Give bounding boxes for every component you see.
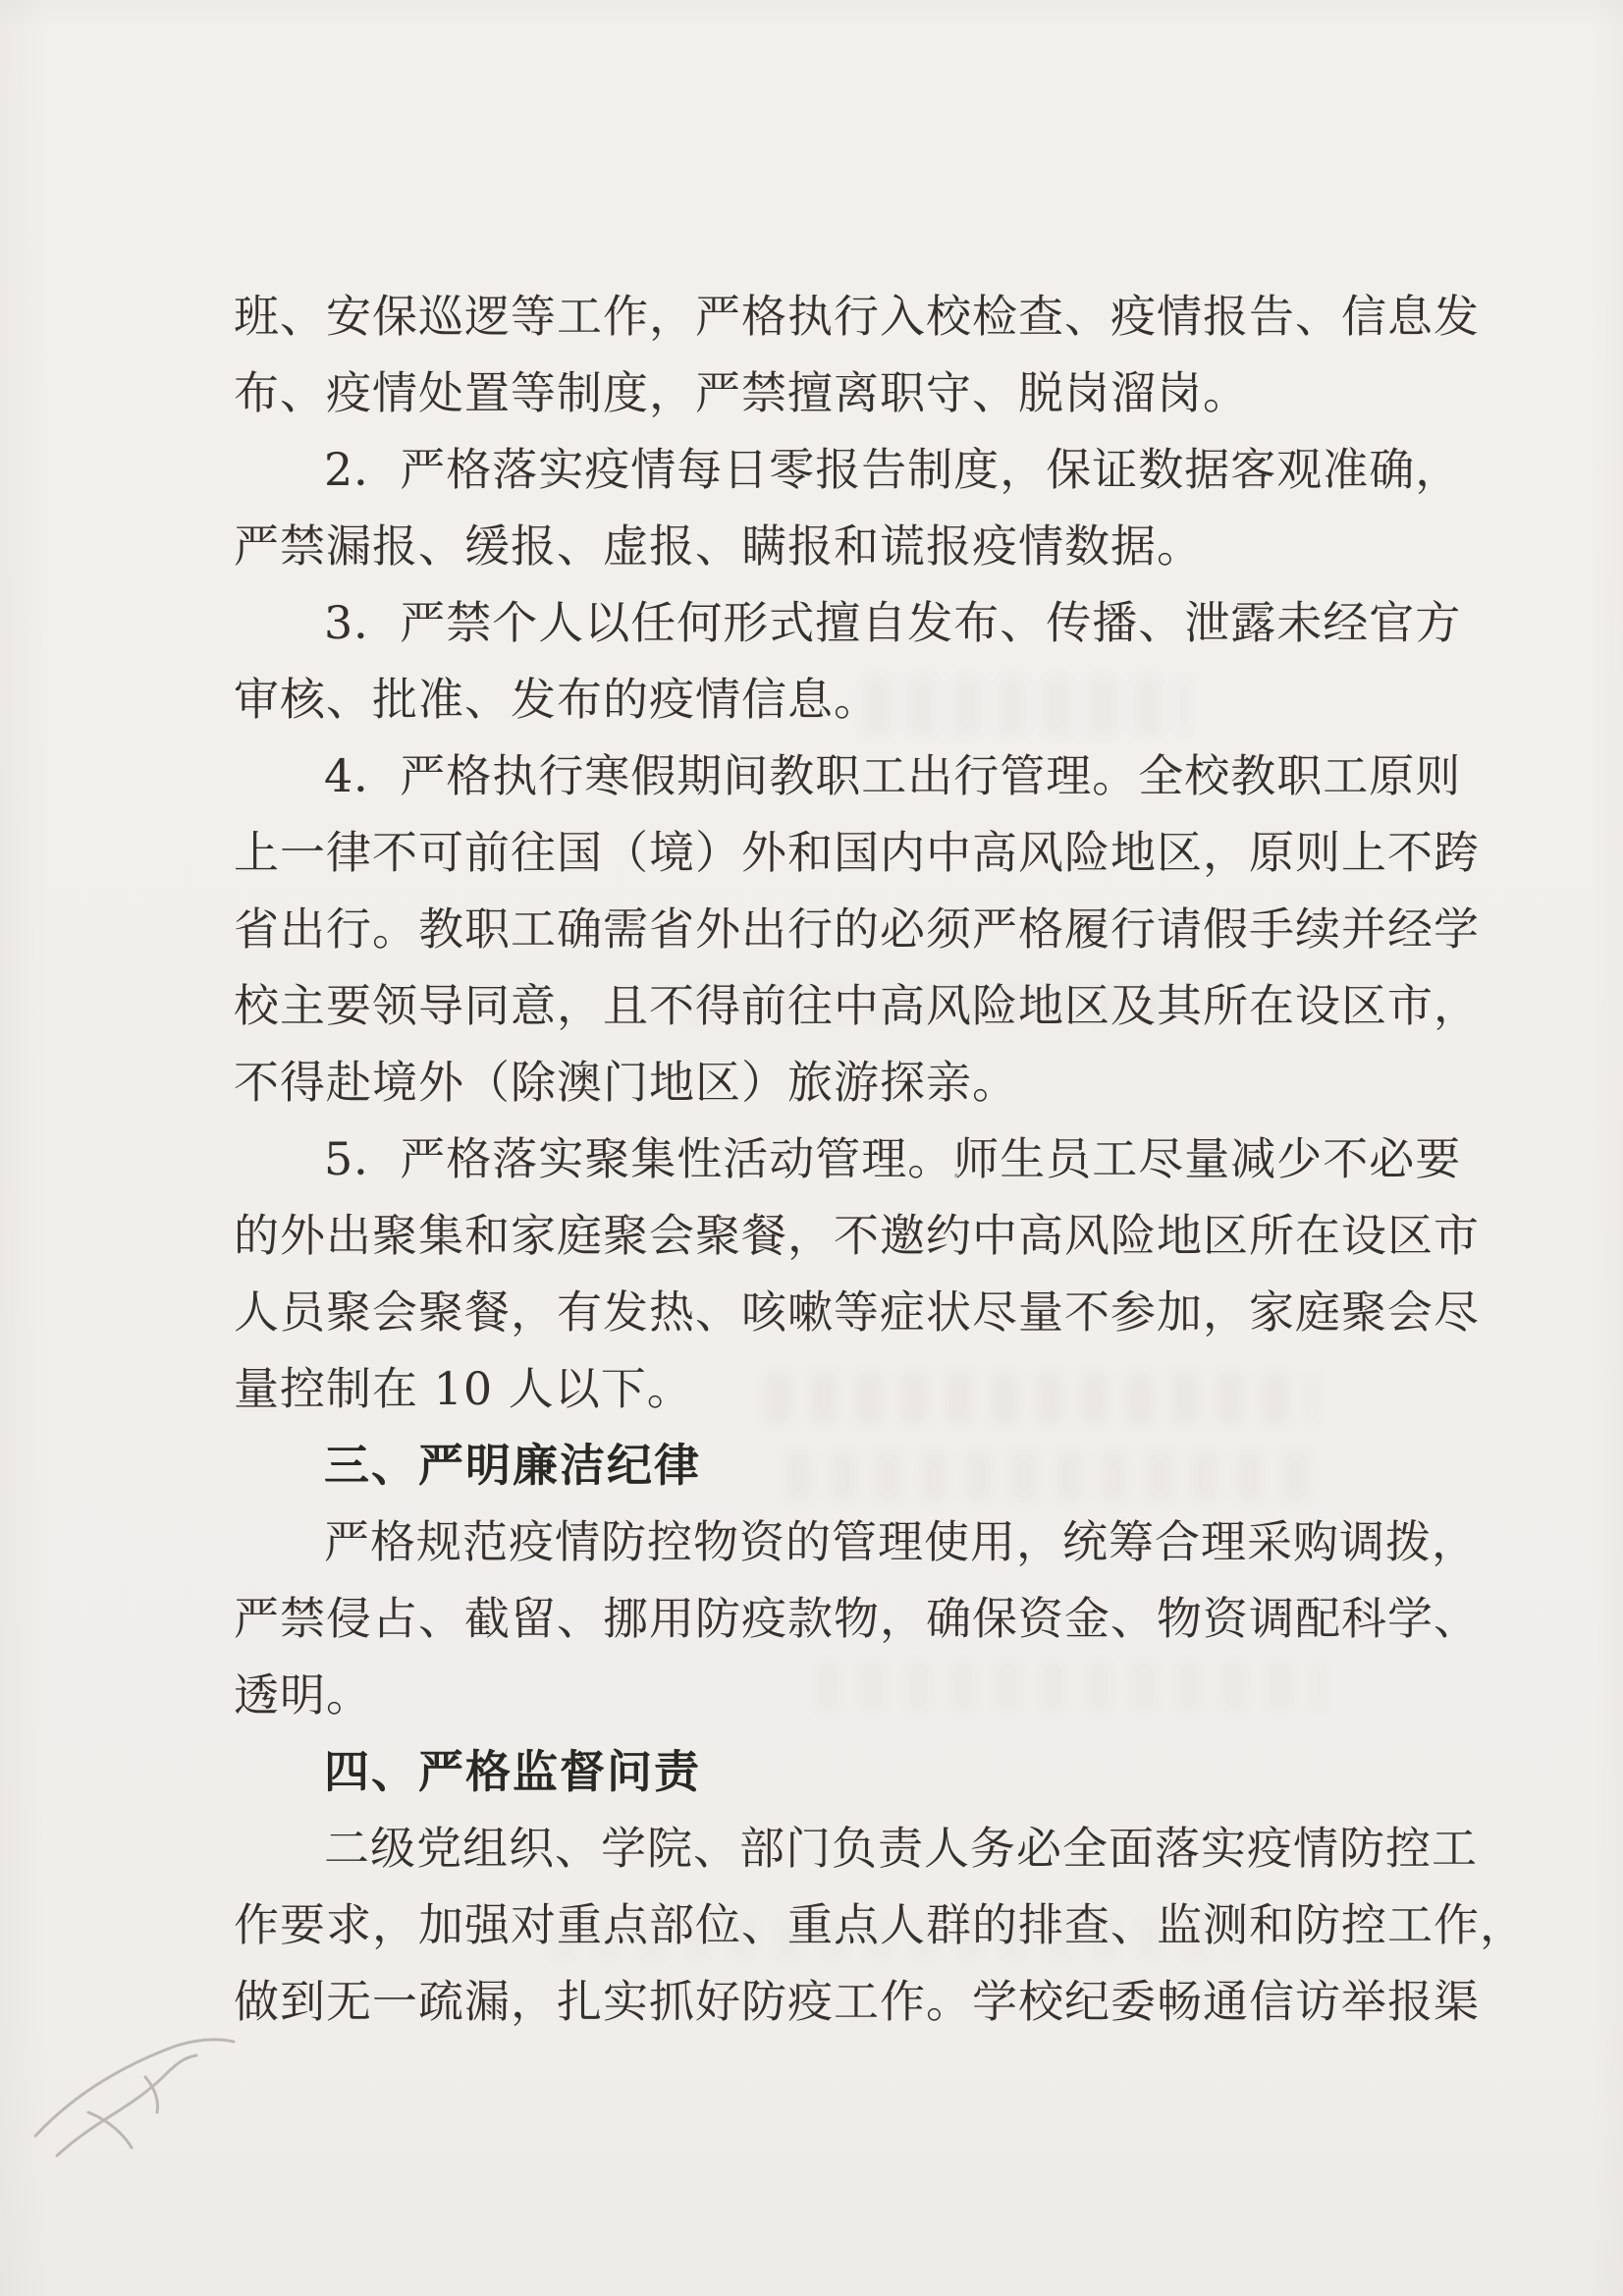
text-line: 严禁侵占、截留、挪用防疫款物，确保资金、物资调配科学、 bbox=[234, 1580, 1520, 1657]
text-line-content: 布、疫情处置等制度，严禁擅离职守、脱岗溜岗。 bbox=[234, 366, 1249, 419]
text-line-content: 严格规范疫情防控物资的管理使用，统筹合理采购调拨， bbox=[324, 1515, 1478, 1568]
text-line-content: 班、安保巡逻等工作，严格执行入校检查、疫情报告、信息发 bbox=[234, 290, 1480, 343]
text-line-content: 上一律不可前往国（境）外和国内中高风险地区，原则上不跨 bbox=[234, 826, 1480, 879]
text-line: 严禁漏报、缓报、虚报、瞒报和谎报疫情数据。 bbox=[234, 508, 1520, 584]
text-line-content: 4．严格执行寒假期间教职工出行管理。全校教职工原则 bbox=[324, 749, 1461, 802]
document-body: 班、安保巡逻等工作，严格执行入校检查、疫情报告、信息发 布、疫情处置等制度，严禁… bbox=[234, 278, 1520, 2040]
text-line-content: 作要求，加强对重点部位、重点人群的排查、监测和防控工作， bbox=[234, 1898, 1526, 1951]
text-line: 审核、批准、发布的疫情信息。 bbox=[234, 661, 1520, 738]
text-line-content: 校主要领导同意，且不得前往中高风险地区及其所在设区市， bbox=[234, 979, 1480, 1032]
text-line: 上一律不可前往国（境）外和国内中高风险地区，原则上不跨 bbox=[234, 814, 1520, 891]
text-line: 布、疫情处置等制度，严禁擅离职守、脱岗溜岗。 bbox=[234, 355, 1520, 431]
text-line: 不得赴境外（除澳门地区）旅游探亲。 bbox=[234, 1044, 1520, 1121]
text-line-content: 二级党组织、学院、部门负责人务必全面落实疫情防控工 bbox=[324, 1822, 1478, 1875]
text-line-content: 量控制在 10 人以下。 bbox=[234, 1362, 693, 1415]
text-line-content: 2．严格落实疫情每日零报告制度，保证数据客观准确， bbox=[324, 443, 1461, 496]
text-line: 严格规范疫情防控物资的管理使用，统筹合理采购调拨， bbox=[234, 1503, 1520, 1580]
text-line: 3．严禁个人以任何形式擅自发布、传播、泄露未经官方 bbox=[234, 584, 1520, 661]
text-line-content: 透明。 bbox=[234, 1668, 372, 1722]
text-line-content: 严禁漏报、缓报、虚报、瞒报和谎报疫情数据。 bbox=[234, 519, 1203, 573]
text-line: 作要求，加强对重点部位、重点人群的排查、监测和防控工作， bbox=[234, 1886, 1520, 1963]
text-line: 四、严格监督问责 bbox=[234, 1733, 1520, 1810]
text-line-content: 的外出聚集和家庭聚会聚餐，不邀约中高风险地区所在设区市 bbox=[234, 1209, 1480, 1262]
text-line: 班、安保巡逻等工作，严格执行入校检查、疫情报告、信息发 bbox=[234, 278, 1520, 355]
text-line: 二级党组织、学院、部门负责人务必全面落实疫情防控工 bbox=[234, 1810, 1520, 1886]
text-line: 校主要领导同意，且不得前往中高风险地区及其所在设区市， bbox=[234, 967, 1520, 1044]
text-line-content: 不得赴境外（除澳门地区）旅游探亲。 bbox=[234, 1056, 1018, 1109]
text-line-content: 人员聚会聚餐，有发热、咳嗽等症状尽量不参加，家庭聚会尽 bbox=[234, 1285, 1480, 1339]
text-line: 透明。 bbox=[234, 1657, 1520, 1733]
text-line-content: 做到无一疏漏，扎实抓好防疫工作。学校纪委畅通信访举报渠 bbox=[234, 1975, 1480, 2028]
text-line: 量控制在 10 人以下。 bbox=[234, 1350, 1520, 1427]
text-line: 省出行。教职工确需省外出行的必须严格履行请假手续并经学 bbox=[234, 891, 1520, 967]
scanned-document-page: 班、安保巡逻等工作，严格执行入校检查、疫情报告、信息发 布、疫情处置等制度，严禁… bbox=[0, 0, 1623, 2296]
text-line: 5．严格落实聚集性活动管理。师生员工尽量减少不必要 bbox=[234, 1121, 1520, 1197]
text-line: 三、严明廉洁纪律 bbox=[234, 1427, 1520, 1503]
text-line-content: 省出行。教职工确需省外出行的必须严格履行请假手续并经学 bbox=[234, 902, 1480, 956]
text-line-content: 3．严禁个人以任何形式擅自发布、传播、泄露未经官方 bbox=[324, 596, 1461, 649]
text-line-content: 三、严明廉洁纪律 bbox=[324, 1439, 701, 1492]
text-line: 的外出聚集和家庭聚会聚餐，不邀约中高风险地区所在设区市 bbox=[234, 1197, 1520, 1274]
text-line-content: 5．严格落实聚集性活动管理。师生员工尽量减少不必要 bbox=[324, 1132, 1461, 1185]
pencil-scribble bbox=[29, 2018, 275, 2205]
text-line: 2．严格落实疫情每日零报告制度，保证数据客观准确， bbox=[234, 431, 1520, 508]
text-line-content: 严禁侵占、截留、挪用防疫款物，确保资金、物资调配科学、 bbox=[234, 1592, 1480, 1645]
text-line: 4．严格执行寒假期间教职工出行管理。全校教职工原则 bbox=[234, 738, 1520, 814]
text-line: 做到无一疏漏，扎实抓好防疫工作。学校纪委畅通信访举报渠 bbox=[234, 1963, 1520, 2040]
text-line-content: 四、严格监督问责 bbox=[324, 1745, 701, 1798]
text-line: 人员聚会聚餐，有发热、咳嗽等症状尽量不参加，家庭聚会尽 bbox=[234, 1274, 1520, 1350]
text-line-content: 审核、批准、发布的疫情信息。 bbox=[234, 673, 880, 726]
